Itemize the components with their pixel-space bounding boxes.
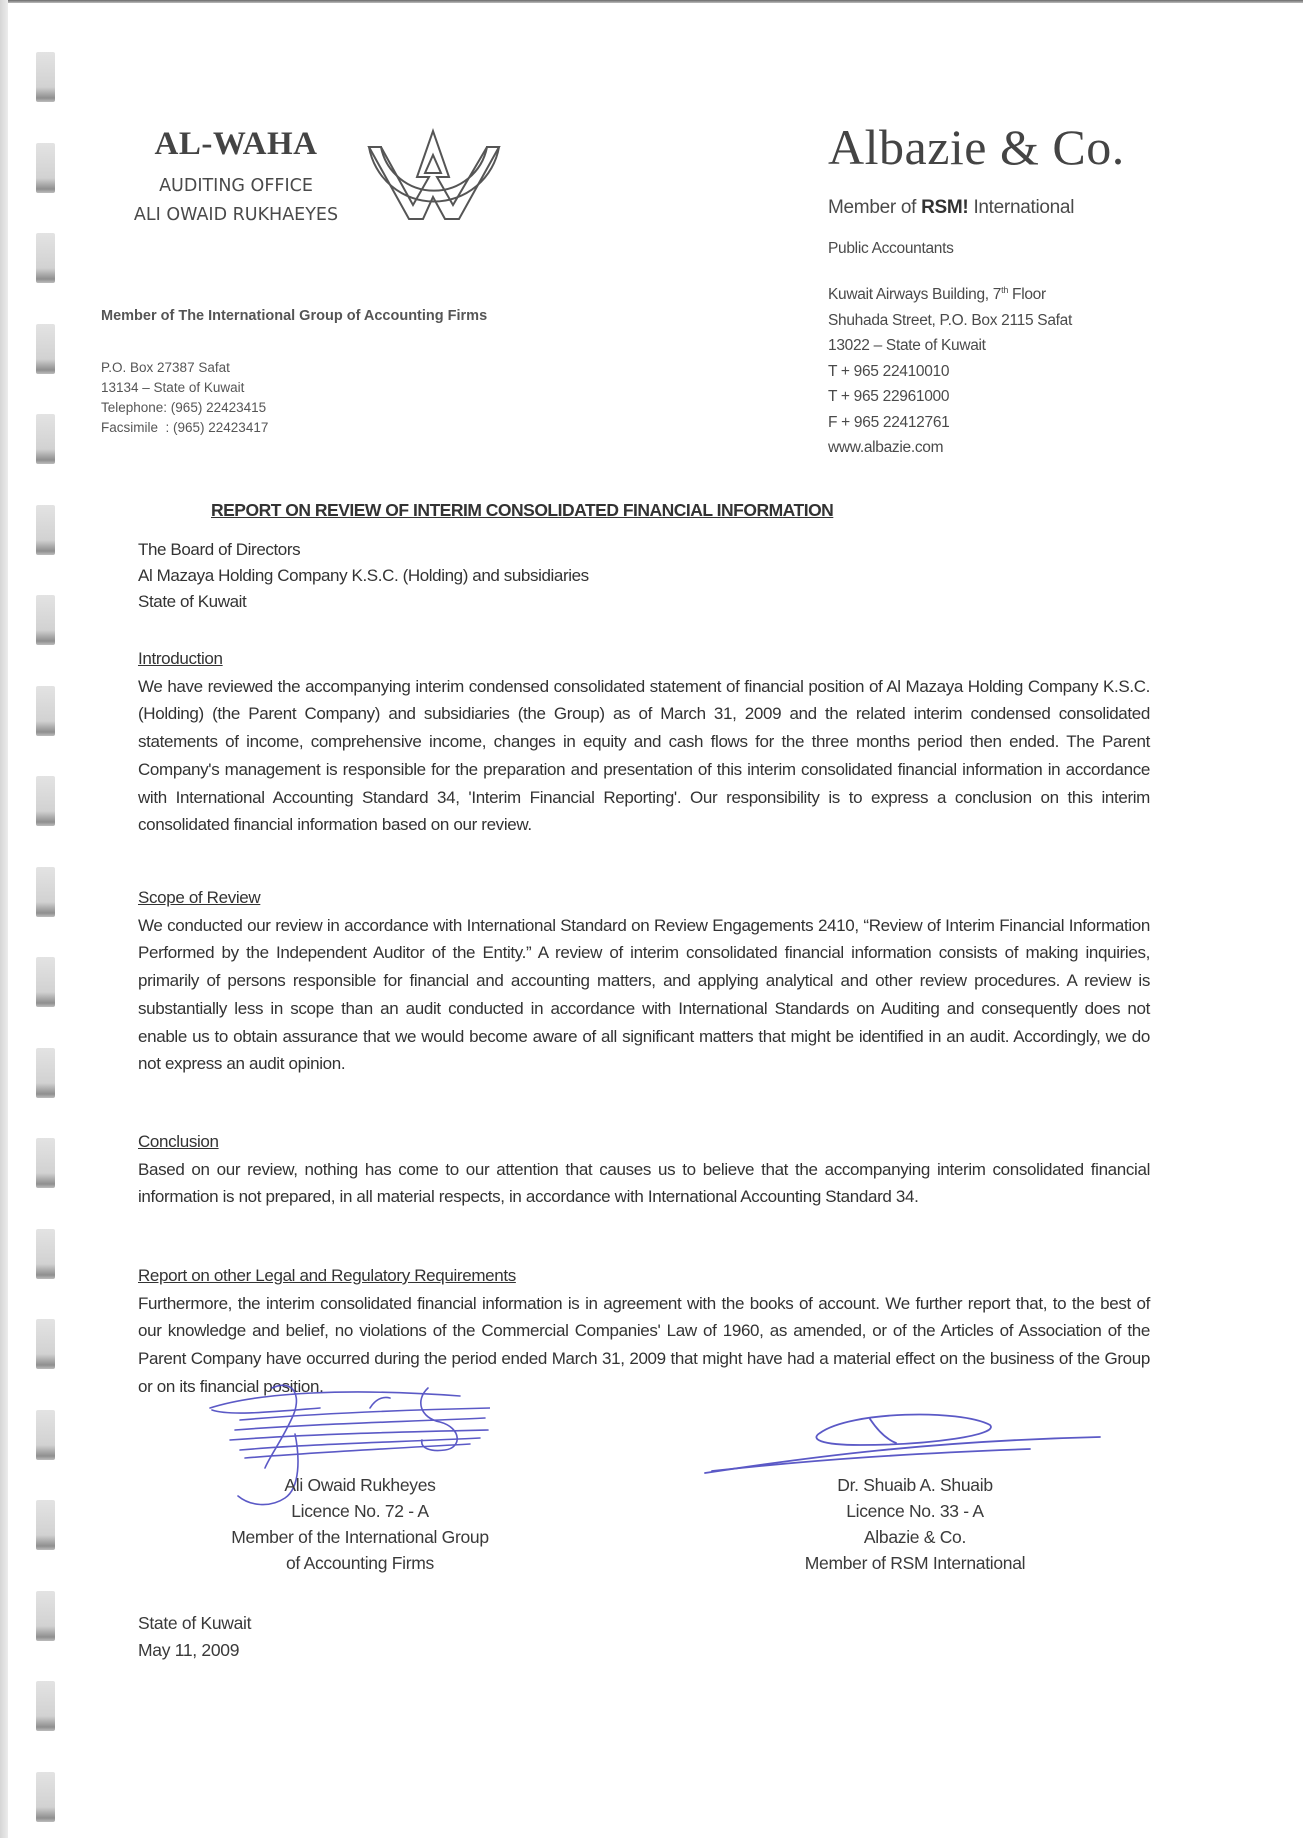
al-waha-subtitle-line: AUDITING OFFICE <box>101 172 371 201</box>
place: State of Kuwait <box>138 1610 251 1637</box>
binding-hole <box>36 1319 55 1369</box>
signatory-albazie: Dr. Shuaib A. Shuaib Licence No. 33 - A … <box>770 1472 1060 1576</box>
binding-hole <box>36 1681 55 1731</box>
binding-hole <box>36 505 55 555</box>
al-waha-logo-icon <box>363 127 505 235</box>
place-date-block: State of Kuwait May 11, 2009 <box>138 1610 251 1664</box>
binding-hole <box>36 233 55 283</box>
section-paragraph: We conducted our review in accordance wi… <box>138 912 1150 1078</box>
albazie-member-line: Member of RSM! International <box>828 197 1074 219</box>
albazie-name: Albazie & Co. <box>828 118 1125 176</box>
address-line: Kuwait Airways Building, 7th Floor <box>828 278 1072 308</box>
addressee-block: The Board of Directors Al Mazaya Holding… <box>138 537 589 615</box>
signatory-affiliation: Member of RSM International <box>770 1550 1060 1576</box>
al-waha-member-line: Member of The International Group of Acc… <box>101 308 487 324</box>
binding-hole <box>36 1500 55 1550</box>
fax-line: F + 965 22412761 <box>828 410 1072 436</box>
section-paragraph: We have reviewed the accompanying interi… <box>138 673 1150 839</box>
binding-hole <box>36 1229 55 1279</box>
rsm-brand: RSM <box>921 197 962 218</box>
rsm-mark-icon: ! <box>962 197 968 218</box>
binding-hole <box>36 867 55 917</box>
signatory-affiliation: of Accounting Firms <box>190 1550 530 1576</box>
section-heading: Introduction <box>138 645 1150 673</box>
member-prefix: Member of <box>828 197 916 218</box>
address-line: 13134 – State of Kuwait <box>101 378 268 398</box>
phone-line: T + 965 22410010 <box>828 359 1072 385</box>
signatory-affiliation: Member of the International Group <box>190 1524 530 1550</box>
handwritten-signature-icon <box>700 1405 1110 1480</box>
report-date: May 11, 2009 <box>138 1637 251 1664</box>
al-waha-address: P.O. Box 27387 Safat 13134 – State of Ku… <box>101 358 268 438</box>
address-text: Floor <box>1008 286 1046 303</box>
binding-hole <box>36 776 55 826</box>
binding-hole <box>36 52 55 102</box>
binding-holes <box>36 0 56 1838</box>
signatory-al-waha: Ali Owaid Rukheyes Licence No. 72 - A Me… <box>190 1472 530 1576</box>
section-introduction: Introduction We have reviewed the accomp… <box>138 645 1150 839</box>
address-line: Shuhada Street, P.O. Box 2115 Safat <box>828 308 1072 334</box>
binding-hole <box>36 1138 55 1188</box>
section-paragraph: Based on our review, nothing has come to… <box>138 1156 1150 1211</box>
addressee-line: The Board of Directors <box>138 537 589 563</box>
scan-top-edge <box>0 0 1303 3</box>
al-waha-subtitle-line: ALI OWAID RUKHAEYES <box>101 201 371 230</box>
section-heading: Conclusion <box>138 1128 1150 1156</box>
ordinal-suffix: th <box>1001 285 1008 295</box>
addressee-line: State of Kuwait <box>138 589 589 615</box>
binding-hole <box>36 1772 55 1822</box>
signatory-affiliation: Albazie & Co. <box>770 1524 1060 1550</box>
address-line: Telephone: (965) 22423415 <box>101 398 268 418</box>
section-heading: Scope of Review <box>138 884 1150 912</box>
phone-line: T + 965 22961000 <box>828 384 1072 410</box>
signatory-name: Dr. Shuaib A. Shuaib <box>770 1472 1060 1498</box>
albazie-descriptor: Public Accountants <box>828 240 954 258</box>
section-scope-of-review: Scope of Review We conducted our review … <box>138 884 1150 1078</box>
al-waha-subtitle: AUDITING OFFICE ALI OWAID RUKHAEYES <box>101 172 371 230</box>
addressee-line: Al Mazaya Holding Company K.S.C. (Holdin… <box>138 563 589 589</box>
address-line: P.O. Box 27387 Safat <box>101 358 268 378</box>
signatory-licence: Licence No. 72 - A <box>190 1498 530 1524</box>
binding-hole <box>36 686 55 736</box>
address-line: Facsimile : (965) 22423417 <box>101 418 268 438</box>
binding-hole <box>36 143 55 193</box>
albazie-address: Kuwait Airways Building, 7th Floor Shuha… <box>828 278 1072 461</box>
signatory-name: Ali Owaid Rukheyes <box>190 1472 530 1498</box>
binding-hole <box>36 414 55 464</box>
section-other-legal-requirements: Report on other Legal and Regulatory Req… <box>138 1262 1150 1401</box>
member-suffix: International <box>973 197 1074 218</box>
address-line: 13022 – State of Kuwait <box>828 333 1072 359</box>
signatory-licence: Licence No. 33 - A <box>770 1498 1060 1524</box>
binding-hole <box>36 324 55 374</box>
al-waha-name: AL-WAHA <box>131 126 341 163</box>
binding-hole <box>36 1410 55 1460</box>
section-conclusion: Conclusion Based on our review, nothing … <box>138 1128 1150 1211</box>
binding-hole <box>36 957 55 1007</box>
section-heading: Report on other Legal and Regulatory Req… <box>138 1262 1150 1290</box>
website-link[interactable]: www.albazie.com <box>828 435 1072 461</box>
binding-hole <box>36 1591 55 1641</box>
address-text: Kuwait Airways Building, 7 <box>828 286 1001 303</box>
section-paragraph: Furthermore, the interim consolidated fi… <box>138 1290 1150 1401</box>
report-title: REPORT ON REVIEW OF INTERIM CONSOLIDATED… <box>211 500 833 521</box>
binding-hole <box>36 595 55 645</box>
binding-hole <box>36 1048 55 1098</box>
scan-left-edge <box>0 0 8 1838</box>
